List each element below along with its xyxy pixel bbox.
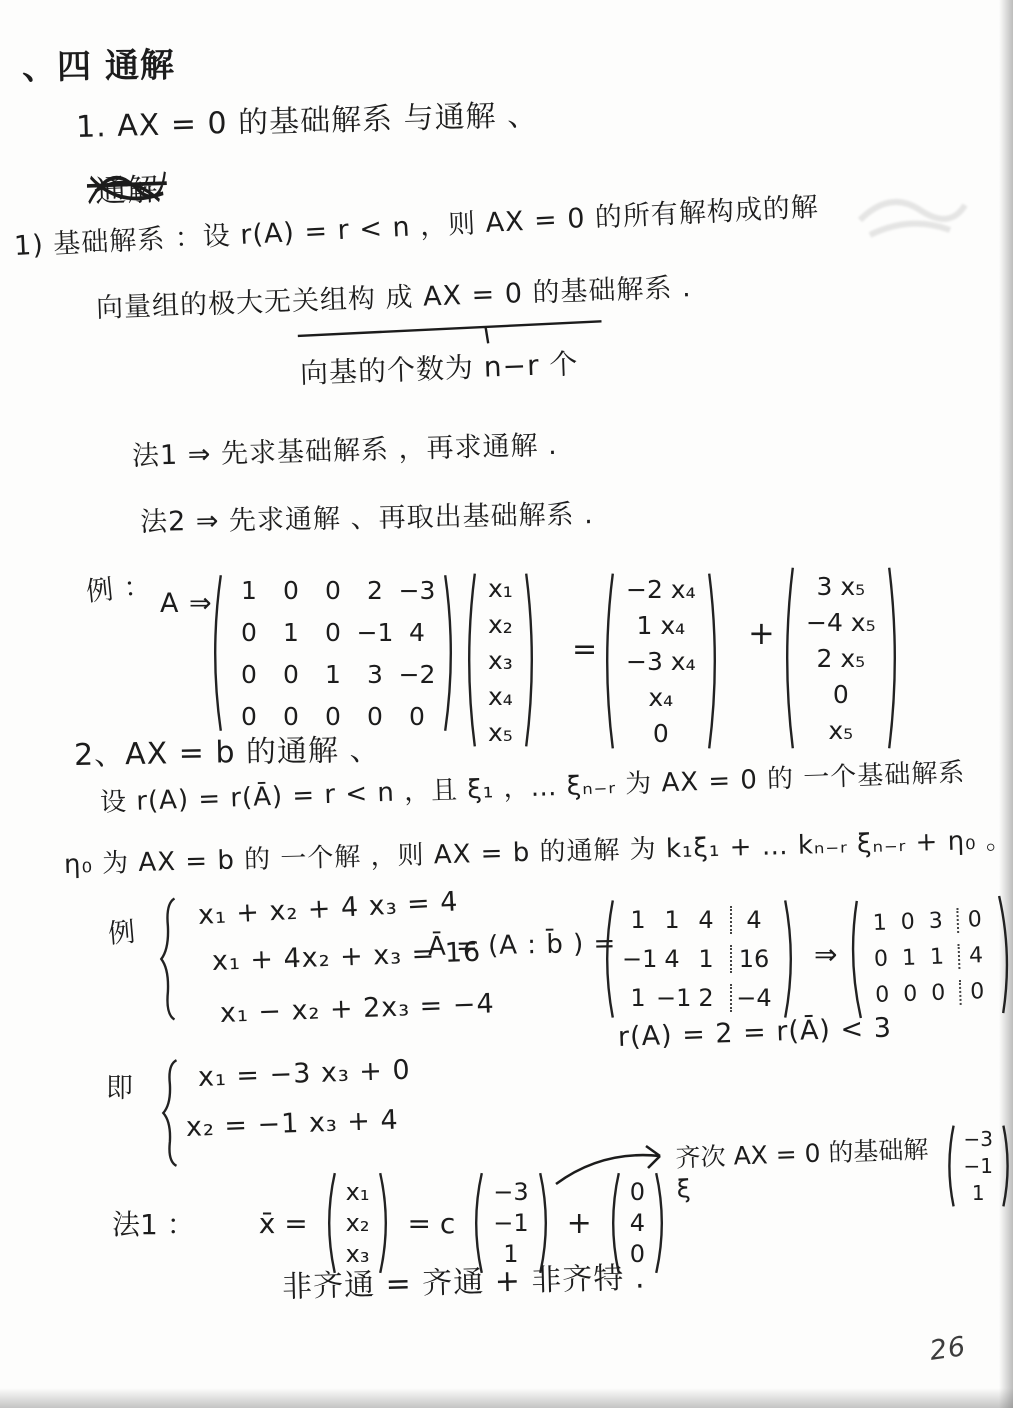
paren-left-icon — [600, 570, 616, 752]
example2-label: 例 — [106, 910, 137, 951]
paren-left-icon — [780, 564, 796, 752]
paren-right-icon — [996, 893, 1013, 1015]
paren-left-icon — [208, 572, 224, 734]
paren-right-icon — [1001, 1124, 1013, 1208]
then-label: 即 — [106, 1066, 134, 1105]
equals-sign: = — [572, 632, 598, 667]
paren-right-icon — [782, 898, 798, 1020]
paren-right-icon — [523, 570, 539, 750]
homogeneous-note: 齐次 AX = 0 的基础解 ξ −3−11 — [676, 1124, 1013, 1208]
basis-count-note: 向基的个数为 n−r 个 — [299, 342, 579, 392]
xbar-equals: x̄ = — [259, 1207, 308, 1240]
note-vector-cells: −3−11 — [960, 1124, 997, 1208]
example1-label: 例 ： — [84, 563, 153, 609]
equation-3: x₁ − x₂ + 2x₃ = −4 — [219, 988, 495, 1029]
paren-right-icon — [442, 572, 458, 734]
plus-sign: + — [748, 614, 776, 652]
equals-c: = c — [407, 1207, 455, 1240]
note-vector: −3−11 — [944, 1124, 1013, 1208]
brace-left-icon — [160, 1058, 182, 1168]
homogeneous-note-text: 齐次 AX = 0 的基础解 ξ — [675, 1129, 939, 1203]
equation-1: x₁ + x₂ + 4 x₃ = 4 — [197, 886, 459, 931]
augmented-lhs: Ā = (A : b̄ ) = — [428, 929, 617, 962]
section2-heading: 2、AX = b 的通解 、 — [74, 725, 381, 774]
solution-1: x₁ = −3 x₃ + 0 — [197, 1055, 411, 1093]
vector-x4-part: −2 x₄1 x₄−3 x₄x₄0 — [600, 570, 722, 752]
page-number: 26 — [928, 1331, 968, 1367]
plus-sign: + — [567, 1206, 592, 1241]
paren-left-icon — [322, 1171, 338, 1275]
rref-matrix: 1030 0114 0000 — [844, 893, 1013, 1021]
section2-line-2: η₀ 为 AX = b 的 一个解 ，则 AX = b 的通解 为 k₁ξ₁ +… — [64, 819, 1013, 881]
vector-x-cells: x₁x₂x₃x₄x₅ — [482, 570, 519, 750]
paren-left-icon — [944, 1124, 956, 1208]
paren-right-icon — [653, 1171, 669, 1275]
summary-line: 非齐通 = 齐通 + 非齐特 . — [281, 1252, 646, 1306]
crossed-out-word: 通解 — [94, 164, 160, 211]
vector-x5-cells: 3 x₅−4 x₅2 x₅0x₅ — [800, 564, 882, 752]
page-title: 、四 通解 — [22, 37, 176, 89]
scribble-strikethrough-icon — [86, 158, 168, 218]
brace-left-icon — [158, 896, 180, 1022]
augmented-matrix: 1144 −14116 1−12−4 — [600, 898, 798, 1020]
method-2-line: 法2 ⇒ 先求通解 、再取出基础解系 . — [140, 492, 594, 539]
matrix-A-cells: 1002−3 010−14 0013−2 00000 — [228, 572, 438, 734]
vector-x4-cells: −2 x₄1 x₄−3 x₄x₄0 — [620, 570, 702, 752]
paren-right-icon — [706, 570, 722, 752]
ink-bleed-smudge — [850, 180, 970, 250]
paren-left-icon — [844, 898, 864, 1020]
section1-heading: 1. AX = 0 的基础解系 与通解 、 — [75, 90, 538, 146]
augmented-matrix-cells: 1144 −14116 1−12−4 — [620, 898, 778, 1020]
vector-x: x₁x₂x₃x₄x₅ — [462, 570, 539, 750]
method-1-line: 法1 ⇒ 先求基础解系 ，再求通解 . — [131, 423, 558, 473]
definition-line-2: 向量组的极大无关组构 成 AX = 0 的基础解系 . — [95, 265, 692, 325]
paren-right-icon — [886, 564, 902, 752]
example1-lhs: A ⇒ — [160, 588, 213, 619]
notes-page: 、四 通解 1. AX = 0 的基础解系 与通解 、 通解 1) 基础解系 ：… — [0, 0, 1013, 1408]
row-reduce-arrow: ⇒ — [814, 938, 838, 971]
paren-left-icon — [600, 898, 616, 1020]
vector-x5-part: 3 x₅−4 x₅2 x₅0x₅ — [780, 564, 902, 752]
matrix-A: 1002−3 010−14 0013−2 00000 — [208, 572, 458, 734]
solution-2: x₂ = −1 x₃ + 4 — [185, 1105, 399, 1143]
rref-matrix-cells: 1030 0114 0000 — [864, 894, 996, 1020]
paren-left-icon — [462, 570, 478, 750]
photo-edge-bottom — [0, 1388, 1013, 1408]
method1-solution-label: 法1 ： — [112, 1203, 195, 1243]
